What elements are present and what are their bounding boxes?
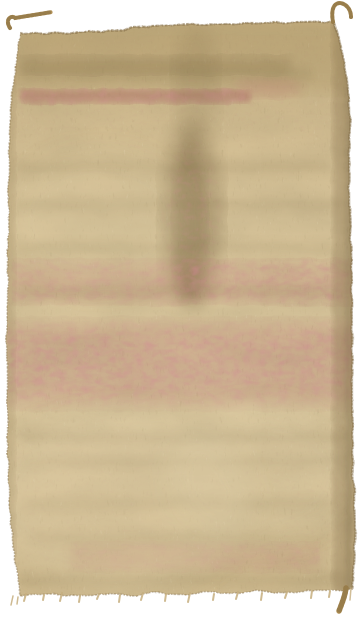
fringe-tuft [261,593,262,600]
fringe-tuft [329,591,330,597]
fringe-tuft [165,594,166,601]
center-streak-upper [174,25,218,135]
pink-patch-top-right [234,78,302,98]
rug-pile [0,15,361,620]
red-band-a-right-dense [180,260,352,304]
red-band-b-core-speckle [8,328,356,394]
fringe-tuft [79,596,80,602]
fringe-thread [17,597,18,604]
rug-photo-canvas [0,0,361,620]
fringe-tuft [213,594,214,600]
rug-photograph [0,0,361,620]
fringe-tuft [311,591,312,598]
rug-body [0,15,361,620]
tassel-thread [350,588,351,600]
fringe-tuft [43,595,44,600]
fringe-tuft [119,595,120,602]
